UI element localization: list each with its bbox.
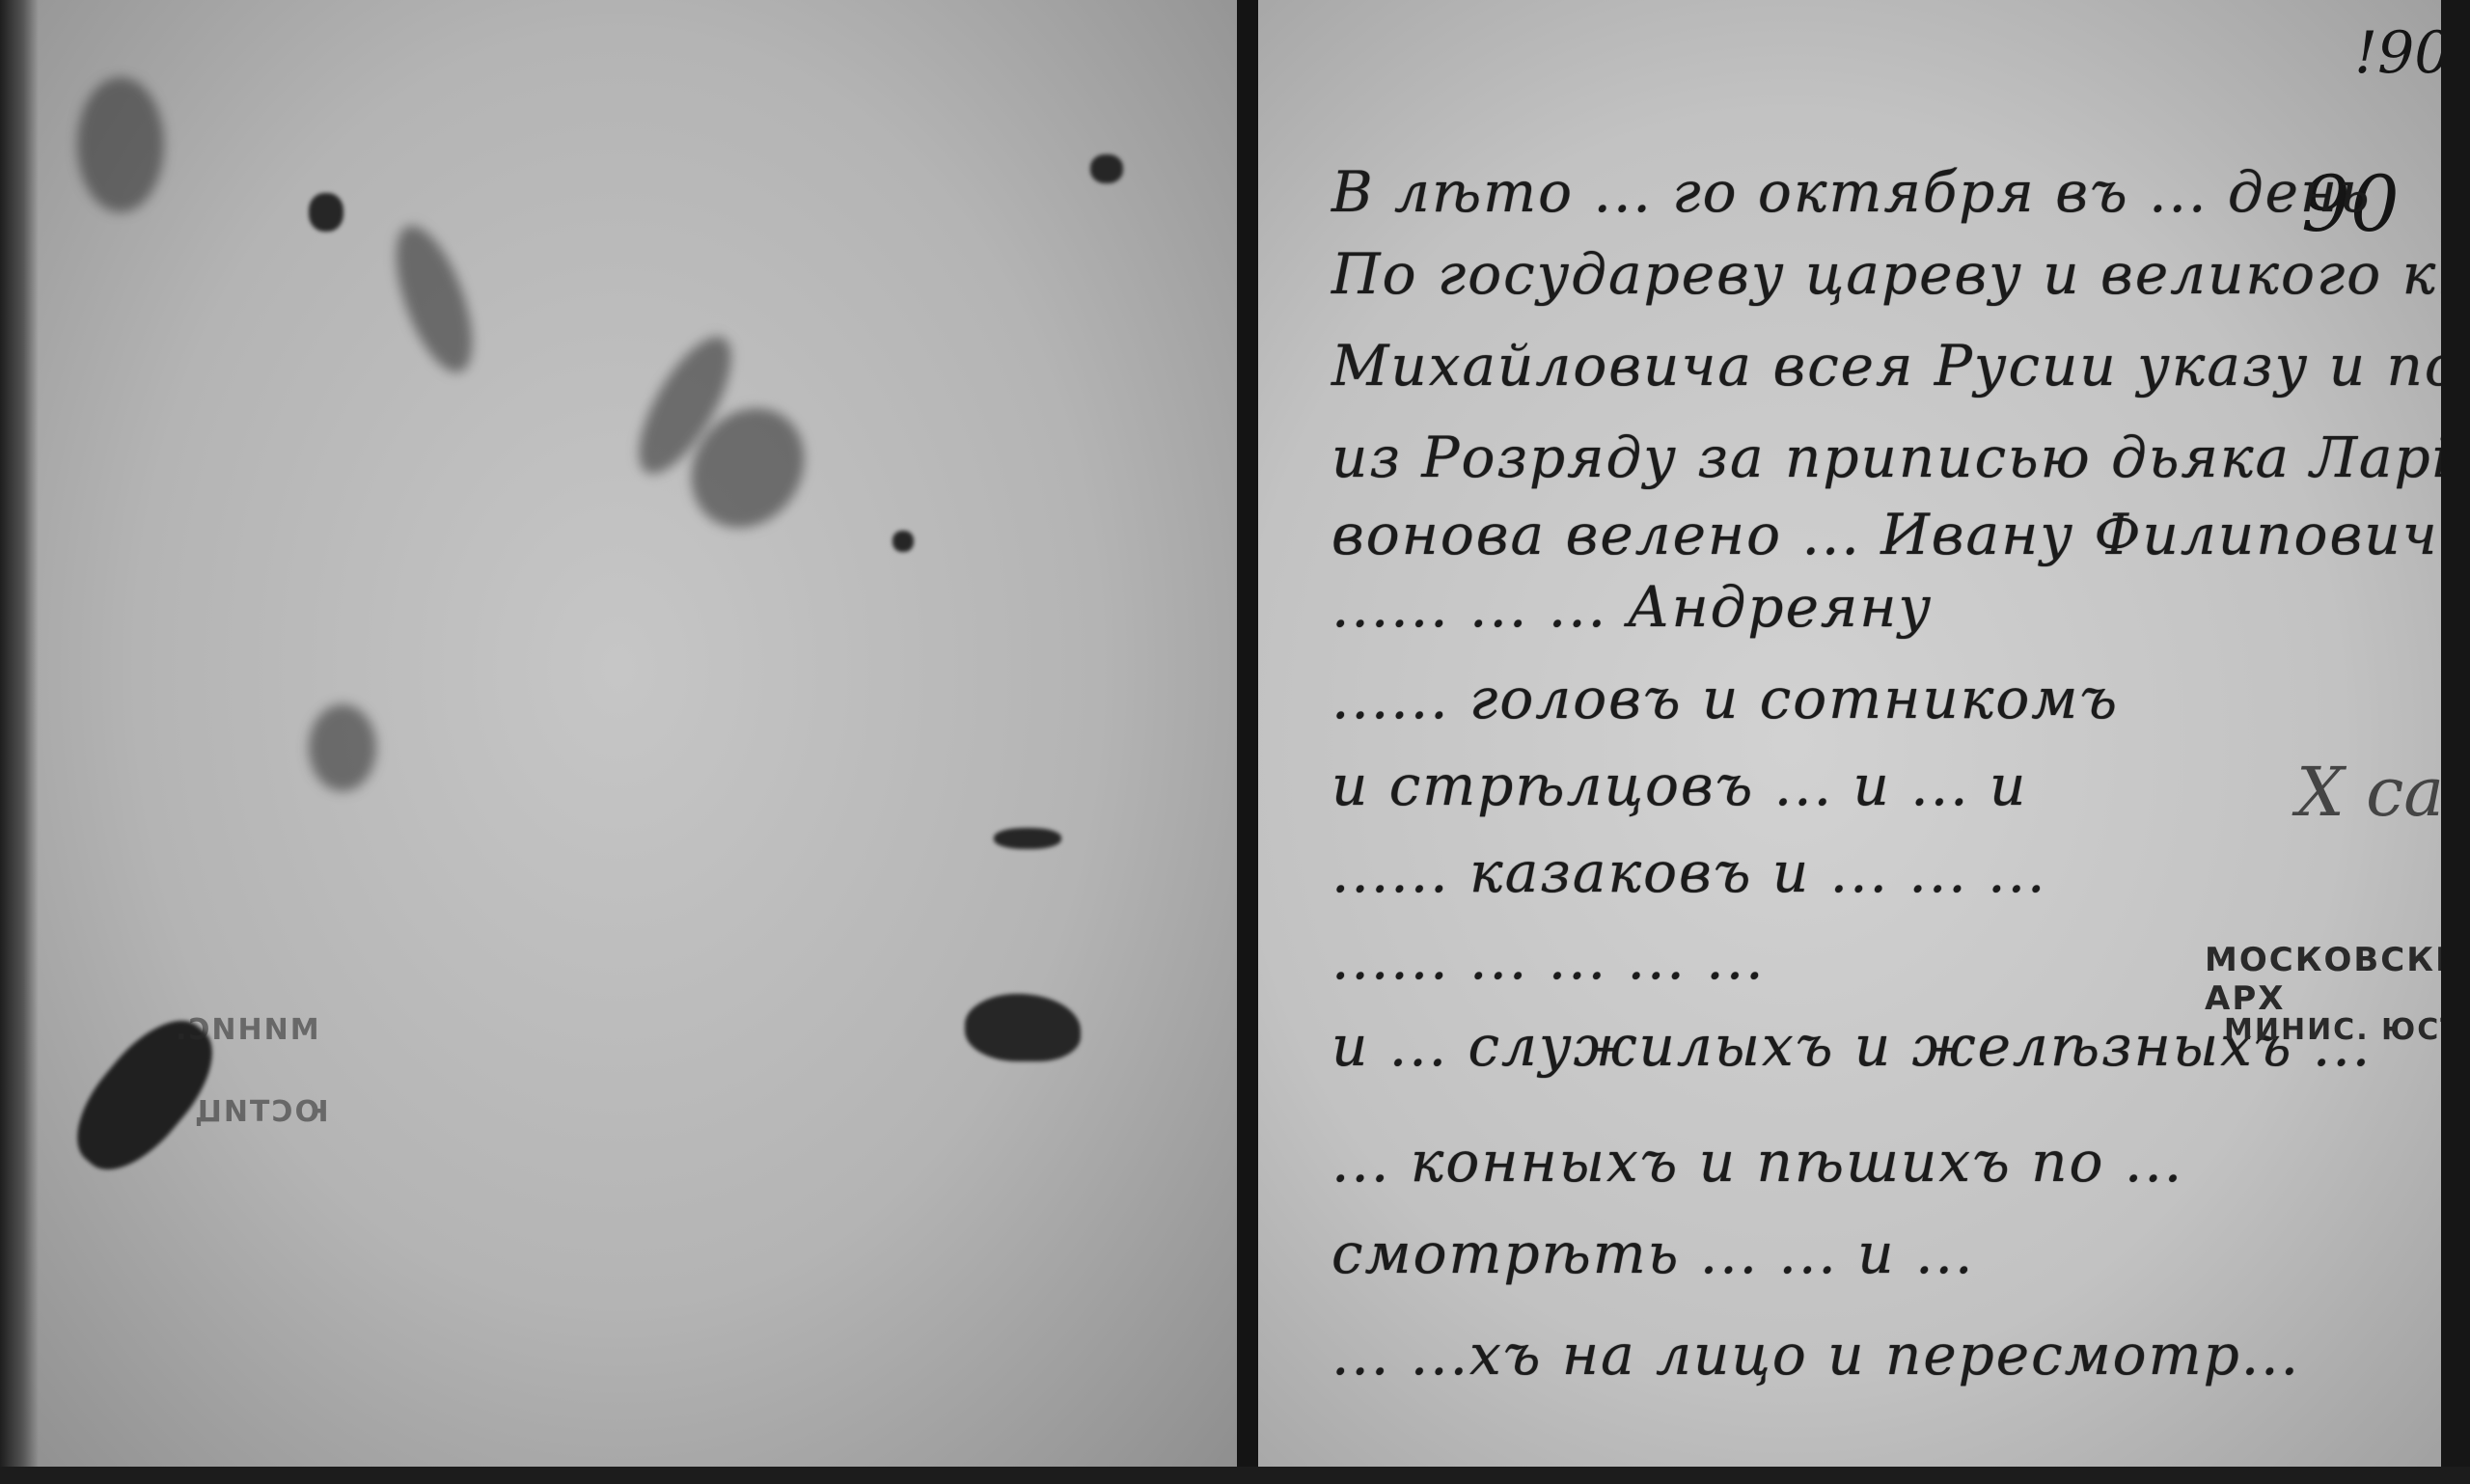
manuscript-line-14: ... ...хъ на лицо и пересмотр... xyxy=(1331,1322,2300,1388)
manuscript-line-12: ... конныхъ и пѣшихъ по ... xyxy=(1331,1129,2183,1195)
manuscript-line-13: смотрѣть ... ... и ... xyxy=(1331,1221,1974,1286)
manuscript-line-11: и ... служилыхъ и желѣзныхъ ... xyxy=(1331,1013,2372,1079)
book-gutter xyxy=(1237,0,1258,1484)
mirrored-stamp-line2: ЮСТИЦ xyxy=(193,1095,329,1129)
manuscript-line-2: По государеву цареву и великого князя Ал… xyxy=(1331,241,2470,307)
margin-note: Х са xyxy=(2296,753,2444,832)
folio-number-top: !90 xyxy=(2354,19,2451,87)
ink-blot xyxy=(1090,154,1123,183)
stain xyxy=(380,217,487,382)
ink-blot xyxy=(892,531,914,552)
manuscript-line-8: и стрѣлцовъ ... и ... и xyxy=(1331,753,2027,818)
stain xyxy=(309,704,376,791)
manuscript-line-9: ...... казаковъ и ... ... ... xyxy=(1331,839,2046,905)
left-page: МИНИС. ЮСТИЦ xyxy=(0,0,1237,1484)
ink-blot xyxy=(994,828,1061,849)
archive-stamp-line1: МОСКОВСКІЙ АРХ xyxy=(2205,941,2470,1018)
manuscript-line-3: Михайловича всея Русии указу и по грамот… xyxy=(1331,333,2470,398)
manuscript-line-6: ...... ... ... Андреяну xyxy=(1331,574,1933,640)
manuscript-line-5: вонова велено ... Ивану Филиповичю xyxy=(1331,502,2470,567)
mirrored-stamp-line1: МИНИС. xyxy=(174,1013,319,1047)
manuscript-line-10: ...... ... ... ... ... xyxy=(1331,926,1766,992)
stain xyxy=(77,77,164,212)
manuscript-line-4: из Розряду за приписью дьяка Ларi xyxy=(1331,425,2452,490)
manuscript-line-1: В лѣто ... го октября въ ... день xyxy=(1331,159,2372,225)
left-binding-edge xyxy=(0,0,39,1484)
manuscript-line-7: ...... головъ и сотникомъ xyxy=(1331,666,2119,731)
ink-blot xyxy=(965,994,1081,1061)
archive-stamp-line2: МИНИС. ЮСТ xyxy=(2224,1013,2462,1047)
scan-right-edge xyxy=(2441,0,2470,1484)
scan-bottom-edge xyxy=(0,1467,2470,1484)
ink-blot xyxy=(309,193,343,232)
